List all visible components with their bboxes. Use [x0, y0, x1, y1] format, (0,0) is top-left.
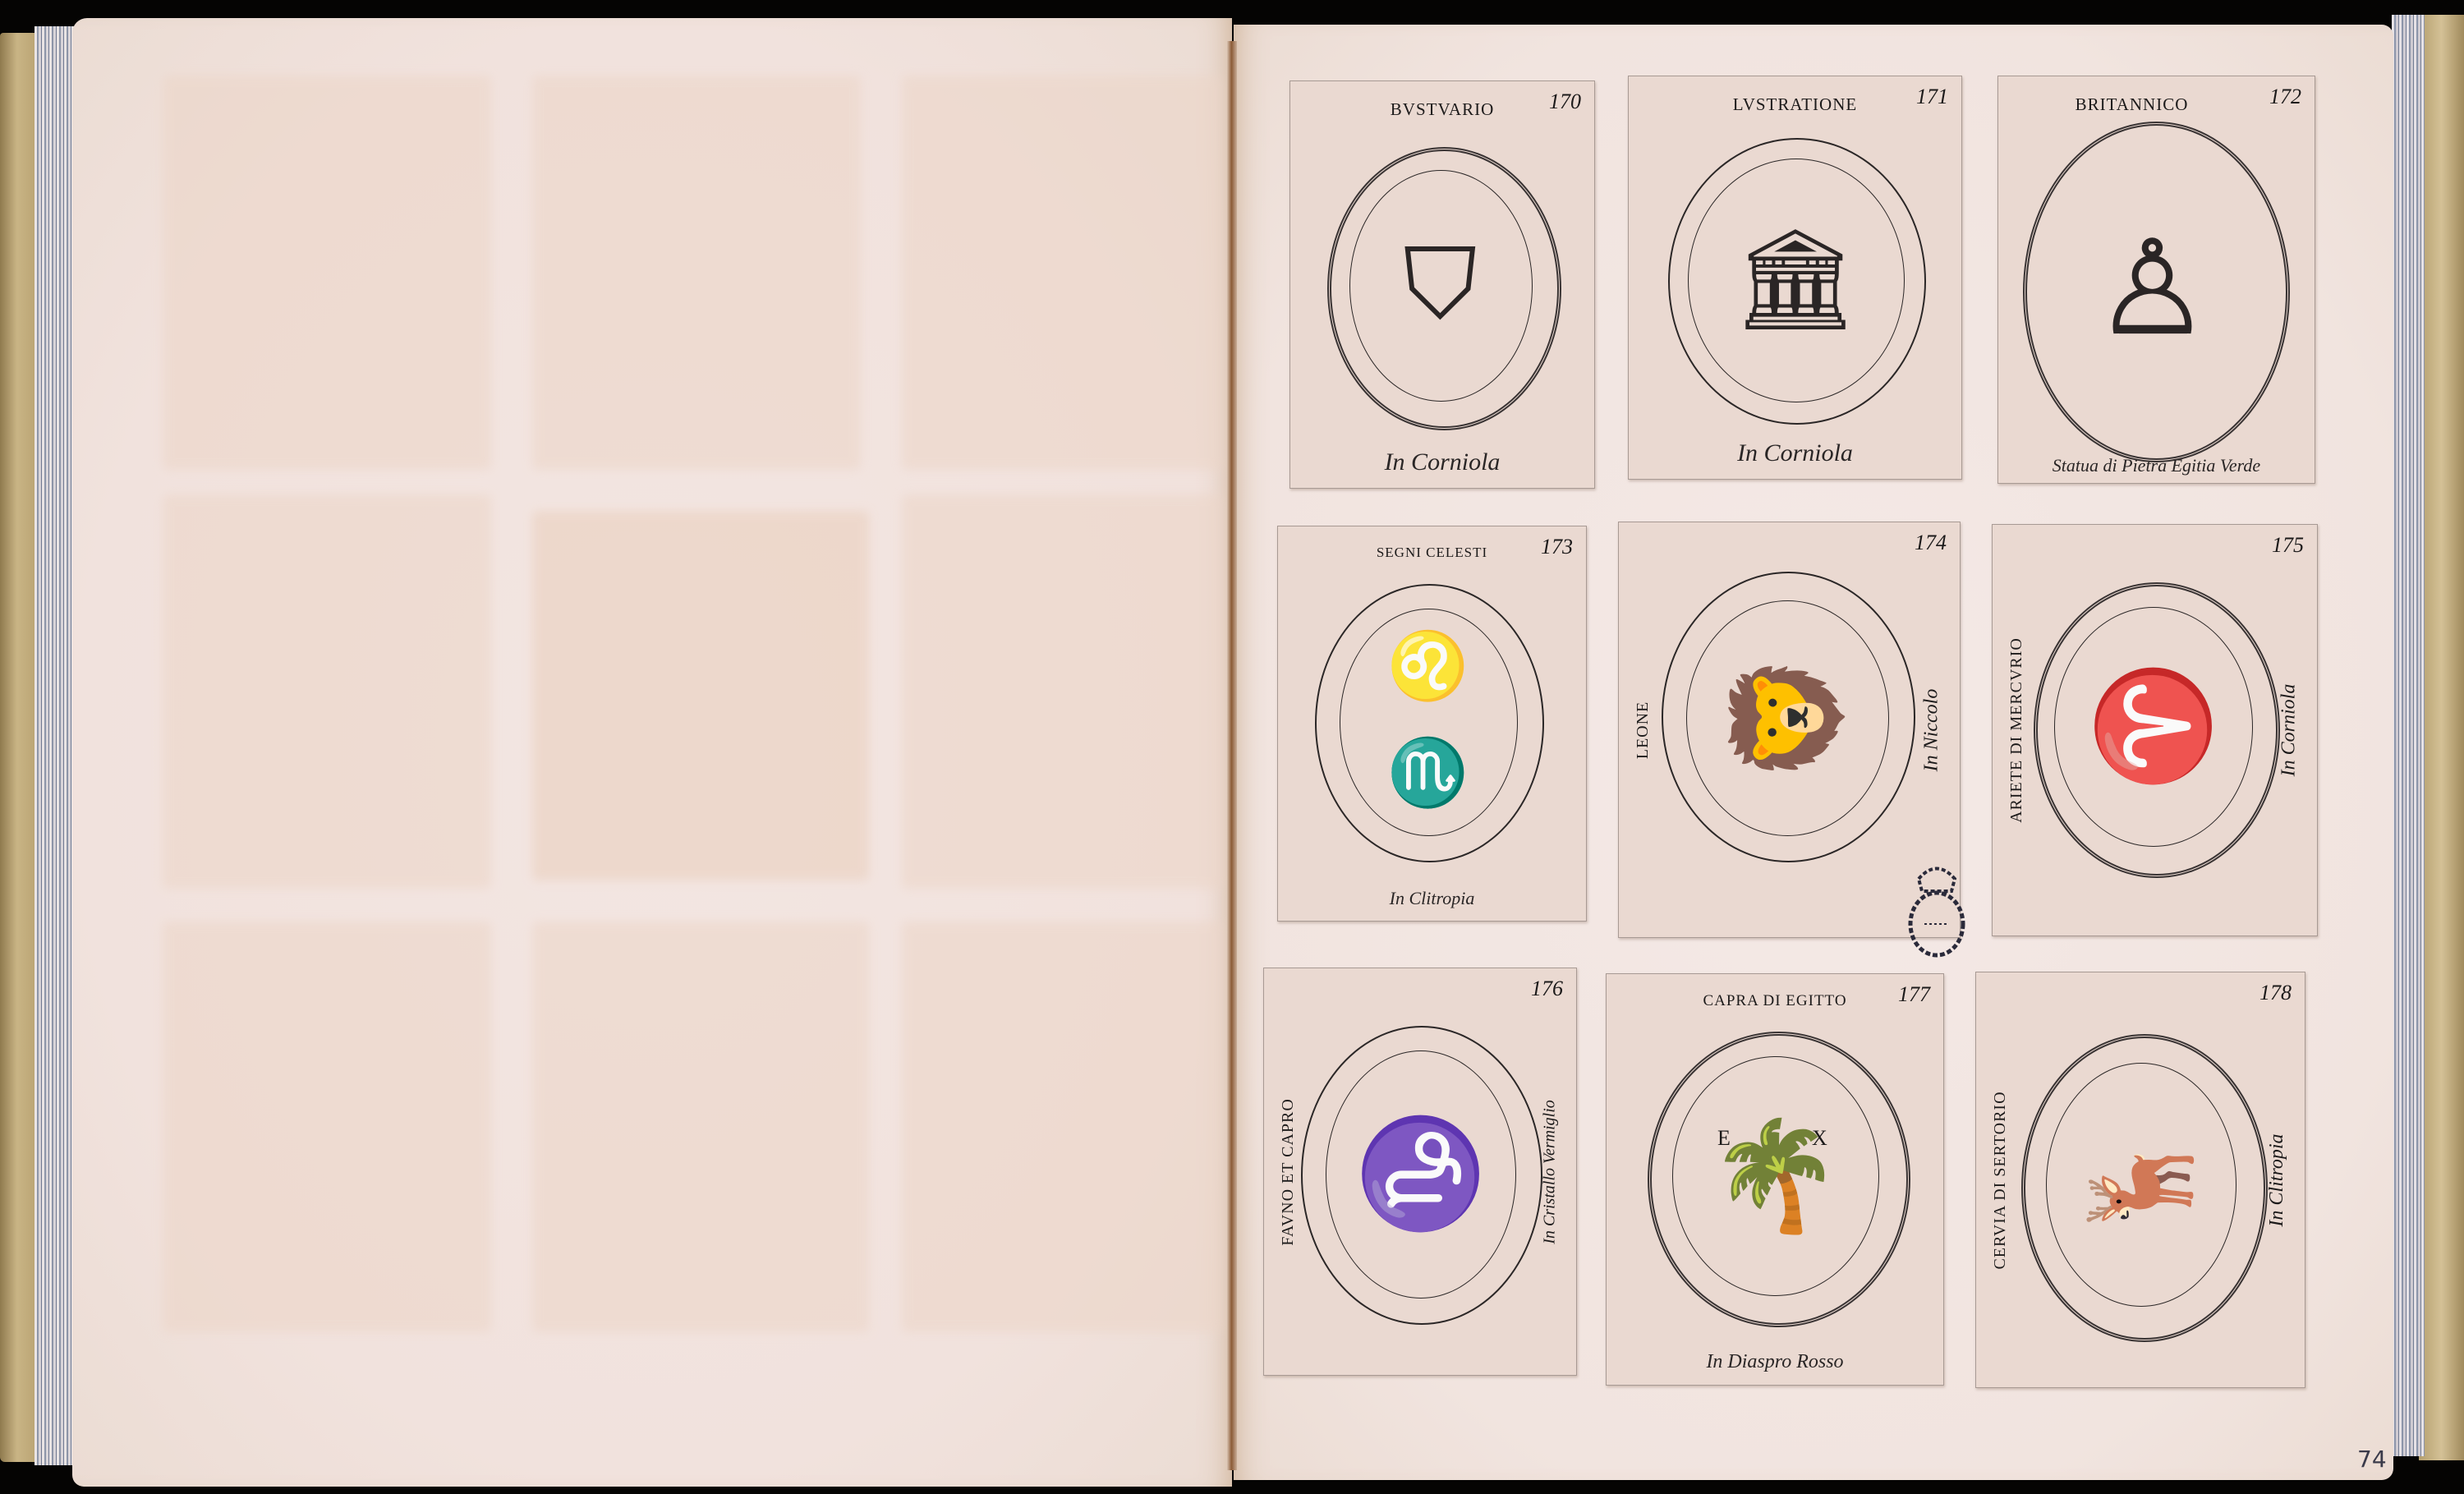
plate-caption: In Corniola [1290, 448, 1594, 476]
plate-caption: Statua di Pietra Egitia Verde [1998, 455, 2315, 476]
plate-number: 178 [2259, 981, 2292, 1005]
show-through-ghost [532, 511, 869, 880]
togate-statue-icon: ♙ [2023, 122, 2282, 454]
show-through-ghost [902, 76, 1222, 470]
figure-with-column-icon: 🏛 [1688, 159, 1903, 401]
ram-icon: ♈ [2034, 627, 2272, 825]
scorpion-icon: ♏ [1340, 724, 1516, 822]
plate-number: 176 [1531, 977, 1563, 1001]
show-through-ghost [902, 494, 1222, 889]
plate-title: LEONE [1634, 701, 1653, 759]
plate-number: 174 [1915, 531, 1947, 555]
plate-title: CERVIA DI SERTORIO [1991, 1091, 2010, 1269]
page-edges-right [2392, 15, 2425, 1456]
plate-title: CAPRA DI EGITTO [1607, 992, 1943, 1010]
show-through-ghost [532, 922, 869, 1332]
lion-icon: ♌ [1340, 617, 1516, 715]
library-stamp-icon [1904, 854, 1970, 961]
plate-175: 175 ARIETE DI MERCVRIO ♈ In Corniola [1992, 524, 2318, 936]
page-edges-left [34, 26, 74, 1465]
plate-title: FAVNO ET CAPRO [1279, 1098, 1298, 1246]
plate-title: LVSTRATIONE [1629, 94, 1961, 115]
plate-177: 177 CAPRA DI EGITTO 🌴 E X In Diaspro Ros… [1606, 973, 1944, 1386]
inscription-letter: E [1717, 1126, 1731, 1151]
plate-170: 170 BVSTVARIO ⛉ In Corniola [1289, 80, 1595, 489]
plate-178: 178 CERVIA DI SERTORIO 🦌 In Clitropia [1975, 972, 2305, 1388]
plate-caption: In Corniola [2278, 684, 2301, 777]
warrior-figure-icon: ⛉ [1349, 170, 1531, 400]
show-through-ghost [163, 76, 491, 470]
left-page [72, 18, 1232, 1487]
plate-number: 175 [2272, 533, 2304, 558]
goat-and-palm-icon: 🌴 [1672, 1056, 1878, 1294]
show-through-ghost [532, 76, 861, 470]
plate-title: BRITANNICO [1997, 94, 2315, 115]
plate-title: SEGNI CELESTI [1278, 545, 1586, 561]
plate-caption: In Cristallo Vermiglio [1541, 1100, 1560, 1244]
plate-171: 171 LVSTRATIONE 🏛 In Corniola [1628, 76, 1962, 480]
plate-172: 172 BRITANNICO ♙ Statua di Pietra Egitia… [1997, 76, 2315, 484]
show-through-ghost [163, 922, 491, 1332]
show-through-ghost [902, 922, 1222, 1332]
gutter [1227, 41, 1237, 1470]
plate-caption: In Clitropia [2266, 1133, 2288, 1226]
inscription-letter: X [1812, 1126, 1827, 1151]
faun-and-goat-icon: ♑ [1297, 1079, 1543, 1268]
plate-caption: In Clitropia [1278, 888, 1586, 909]
lion-icon: 🦁 [1670, 617, 1904, 818]
vellum-cover-right [2419, 15, 2464, 1460]
plate-caption: In Diaspro Rosso [1607, 1351, 1943, 1373]
plate-title: BVSTVARIO [1290, 99, 1594, 120]
plate-caption: In Corniola [1629, 439, 1961, 467]
plate-173: 173 SEGNI CELESTI ♌ ♏ In Clitropia [1277, 526, 1587, 922]
deer-icon: 🦌 [2020, 1090, 2262, 1279]
folio-number: 74 [2357, 1446, 2387, 1473]
plate-176: 176 FAVNO ET CAPRO ♑ In Cristallo Vermig… [1263, 968, 1577, 1376]
plate-title: ARIETE DI MERCVRIO [2007, 637, 2026, 823]
show-through-ghost [163, 494, 491, 889]
plate-caption: In Niccolo [1921, 688, 1943, 771]
